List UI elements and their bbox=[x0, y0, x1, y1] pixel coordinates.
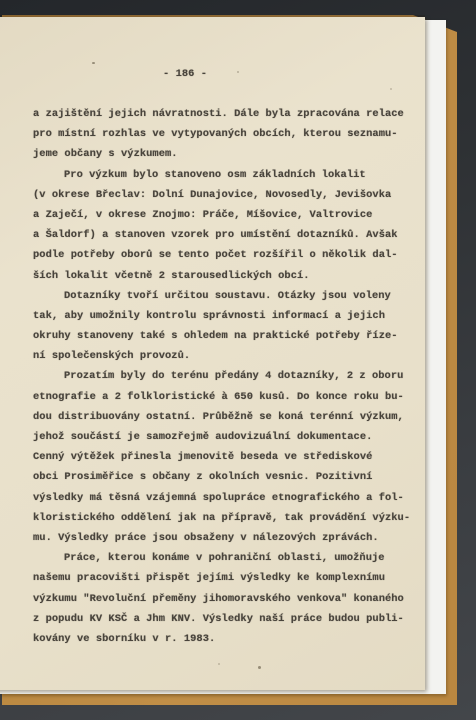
text-line: (v okrese Břeclav: Dolní Dunajovice, Nov… bbox=[33, 185, 410, 205]
text-line: etnografie a 2 folkloristické à 650 kusů… bbox=[33, 387, 410, 407]
text-line: Pro výzkum bylo stanoveno osm základních… bbox=[33, 165, 410, 185]
text-line: podle potřeby oborů se tento počet rozší… bbox=[33, 245, 410, 265]
page-number: - 186 - bbox=[163, 64, 207, 84]
text-line: našemu pracovišti přispět jejími výsledk… bbox=[33, 568, 410, 588]
paper-speck bbox=[258, 666, 261, 669]
document-page: - 186 - a zajištění jejich návratnosti. … bbox=[0, 17, 425, 690]
text-line: dou distribuovány ostatní. Průběžně se k… bbox=[33, 407, 410, 427]
text-line: pro místní rozhlas ve vytypovaných obcíc… bbox=[33, 124, 410, 144]
text-line: okruhy stanoveny také s ohledem na prakt… bbox=[33, 326, 410, 346]
text-line: a Šaldorf) a stanoven vzorek pro umístěn… bbox=[33, 225, 410, 245]
text-line: obci Prosiměřice s občany z okolních ves… bbox=[33, 467, 410, 487]
text-line: ní společenských provozů. bbox=[33, 346, 410, 366]
text-line: tak, aby umožnily kontrolu správnosti in… bbox=[33, 306, 410, 326]
text-line: výsledky má těsná vzájemná spolupráce et… bbox=[33, 488, 410, 508]
text-line: ších lokalit včetně 2 starousedlických o… bbox=[33, 266, 410, 286]
text-line: kovány ve sborníku v r. 1983. bbox=[33, 629, 410, 649]
text-line: a Zaječí, v okrese Znojmo: Práče, Míšovi… bbox=[33, 205, 410, 225]
text-line: Prozatím byly do terénu předány 4 dotazn… bbox=[33, 366, 410, 386]
text-line: a zajištění jejich návratnosti. Dále byl… bbox=[33, 104, 410, 124]
text-line: jehož součástí je samozřejmě audovizuáln… bbox=[33, 427, 410, 447]
text-line: z popudu KV KSČ a Jhm KNV. Výsledky naší… bbox=[33, 609, 410, 629]
text-line: výzkumu "Revoluční přeměny jihomoravskéh… bbox=[33, 589, 410, 609]
text-line: jeme občany s výzkumem. bbox=[33, 144, 410, 164]
paper-speck bbox=[92, 62, 95, 64]
scanned-photo: { "page": { "number": "- 186 -", "lines"… bbox=[0, 0, 476, 720]
paper-speck bbox=[390, 88, 392, 90]
paper-speck bbox=[237, 71, 239, 73]
text-line: mu. Výsledky práce jsou obsaženy v nález… bbox=[33, 528, 410, 548]
text-line: Cenný výtěžek přinesla jmenovitě beseda … bbox=[33, 447, 410, 467]
text-line: Dotazníky tvoří určitou soustavu. Otázky… bbox=[33, 286, 410, 306]
paper-speck bbox=[218, 663, 220, 665]
text-line: Práce, kterou konáme v pohraniční oblast… bbox=[33, 548, 410, 568]
text-line: kloristického oddělení jak na přípravě, … bbox=[33, 508, 410, 528]
typewritten-lines: a zajištění jejich návratnosti. Dále byl… bbox=[33, 104, 410, 649]
